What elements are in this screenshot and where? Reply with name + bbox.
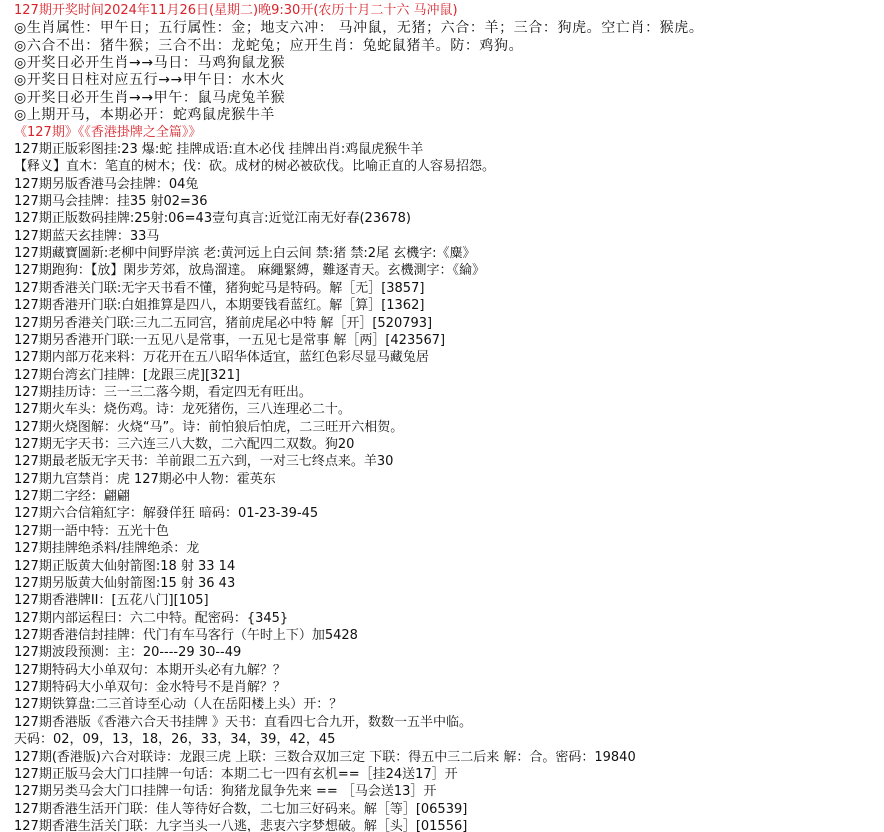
entry-line: 127期无字天书：三六连三八大数，二六配四二双数。狗20 bbox=[14, 436, 354, 454]
entry-line: 127期藏寶圖新:老柳中间野岸滨 老:黄河远上白云间 禁:猪 禁:2尾 玄機字:… bbox=[14, 245, 476, 263]
entry-line: 127期另版黄大仙射箭图:15 射 36 43 bbox=[14, 575, 235, 593]
entry-line: 127期跑狗：【放】閑步芳郊，放鳥溜達。 麻繩緊縛，難逐青天。玄機測字：《綸》 bbox=[14, 262, 485, 280]
entry-line: 127期另香港开门联:一五见八是常事，一五见七是常事 解［两］[423567] bbox=[14, 332, 445, 350]
entry-line: 127期香港生活开门联：佳人等待好合数，二七加三好码来。解［等］[06539] bbox=[14, 801, 467, 819]
entry-line: 127期香港信封挂牌：代门有车马客行（午时上下）加5428 bbox=[14, 627, 358, 645]
entry-line: 127期二字经：翩翩 bbox=[14, 488, 130, 506]
attribute-line: ◎上期开马，本期必开：蛇鸡鼠虎猴牛羊 bbox=[14, 106, 275, 124]
entry-line: 127期正版马会大门口挂牌一句话：本期二七一四有玄机==［挂24送17］开 bbox=[14, 766, 458, 784]
entry-line: 127期六合信箱紅字：解發佯狂 暗码：01-23-39-45 bbox=[14, 505, 318, 523]
entry-line: 127期一語中特：五光十色 bbox=[14, 523, 169, 541]
entry-line: 127期火车头：烧伤鸡。诗：龙死猪伤，三八连理必二十。 bbox=[14, 401, 351, 419]
entry-line: 127期正版彩图挂:23 爆:蛇 挂牌成语:直木必伐 挂牌出肖:鸡鼠虎猴牛羊 bbox=[14, 141, 423, 159]
entry-line: 127期正版黄大仙射箭图:18 射 33 14 bbox=[14, 558, 235, 576]
attribute-line: ◎开奖日必开生肖→→马日：马鸡狗鼠龙猴 bbox=[14, 54, 285, 72]
attribute-line: ◎生肖属性：甲午日；五行属性：金；地支六冲： 马冲鼠，无猪；六合：羊；三合：狗虎… bbox=[14, 19, 703, 37]
entry-line: 127期另香港关门联:三九二五同宫，猪前虎尾必中特 解［开］[520793] bbox=[14, 315, 432, 333]
entry-line: 127期(香港版)六合对联诗：龙跟三虎 上联：三数合双加三定 下联：得五中三二后… bbox=[14, 749, 636, 767]
entry-line: 127期香港关门联:无字天书看不懂，猪狗蛇马是特码。解［无］[3857] bbox=[14, 280, 424, 298]
entry-line: 127期正版数码挂牌:25射:06=43壹句真言:近觉江南无好春(23678) bbox=[14, 210, 411, 228]
entry-line: 127期内部运程曰：六二中特。配密码：{345} bbox=[14, 610, 288, 628]
entry-line: 127期火烧图解：火烧“马”。诗：前怕狼后怕虎，二三旺开六相贺。 bbox=[14, 419, 403, 437]
attribute-line: ◎开奖日必开生肖→→甲午：鼠马虎兔羊猴 bbox=[14, 89, 285, 107]
entry-line: 127期铁算盘:二三首诗至心动（人在岳阳楼上头）开：？ bbox=[14, 696, 342, 714]
entry-line: 127期另版香港马会挂牌：04兔 bbox=[14, 176, 198, 194]
attribute-line: ◎六合不出：猪牛猴；三合不出：龙蛇兔；应开生肖：兔蛇鼠猪羊。防：鸡狗。 bbox=[14, 37, 523, 55]
entry-line: 127期最老版无字天书：羊前跟二五六到，一对三七终点来。羊30 bbox=[14, 453, 393, 471]
entry-line: 127期内部万花来料：万花开在五八昭华体适宜，蓝红色彩尽显马藏兔居 bbox=[14, 349, 429, 367]
entry-line: 127期香港生活关门联：九字当头一八逃，悲衷六字梦想破。解［头］[01556] bbox=[14, 818, 467, 832]
entry-line: 127期蓝天玄挂牌：33马 bbox=[14, 228, 159, 246]
entry-line: 【释义】直木：笔直的树木；伐：砍。成材的树必被砍伐。比喻正直的人容易招怨。 bbox=[14, 158, 495, 176]
entry-line: 127期九宫禁肖：虎 127期必中人物：霍英东 bbox=[14, 471, 276, 489]
entry-line: 127期香港版《香港六合天书挂牌 》天书：直看四七合九开，数数一五半中临。 bbox=[14, 714, 472, 732]
attribute-line: ◎开奖日日柱对应五行→→甲午日：水木火 bbox=[14, 71, 285, 89]
entry-line: 127期特码大小单双句：本期开头必有九解？？ bbox=[14, 662, 286, 680]
entry-line: 127期马会挂牌：挂35 射02=36 bbox=[14, 193, 207, 211]
entry-line: 127期波段预测：主：20----29 30--49 bbox=[14, 644, 241, 662]
section-title: 《127期》《《香港掛牌之全篇》》 bbox=[14, 124, 201, 142]
entry-line: 127期挂牌绝杀料/挂牌绝杀：龙 bbox=[14, 540, 199, 558]
entry-line: 127期另类马会大门口挂牌一句话：狗猪龙鼠争先来 == ［马会送13］开 bbox=[14, 783, 436, 801]
draw-time-header: 127期开奖时间2024年11月26日(星期二)晚9:30开(农历十月二十六 马… bbox=[14, 2, 458, 20]
entry-line: 127期香港开门联:白姐推算是四八，本期要钱看蓝红。解［算］[1362] bbox=[14, 297, 424, 315]
entry-line: 127期特码大小单双句：金水特号不是肖解？？ bbox=[14, 679, 286, 697]
entry-line: 127期香港牌II：[五花八门][105] bbox=[14, 592, 209, 610]
entry-line: 天码：02，09，13，18，26，33，34，39，42，45 bbox=[14, 731, 335, 749]
entry-line: 127期挂历诗：三一三二落今期，看定四无有旺出。 bbox=[14, 384, 312, 402]
entry-line: 127期台湾玄门挂牌：[龙跟三虎][321] bbox=[14, 367, 240, 385]
